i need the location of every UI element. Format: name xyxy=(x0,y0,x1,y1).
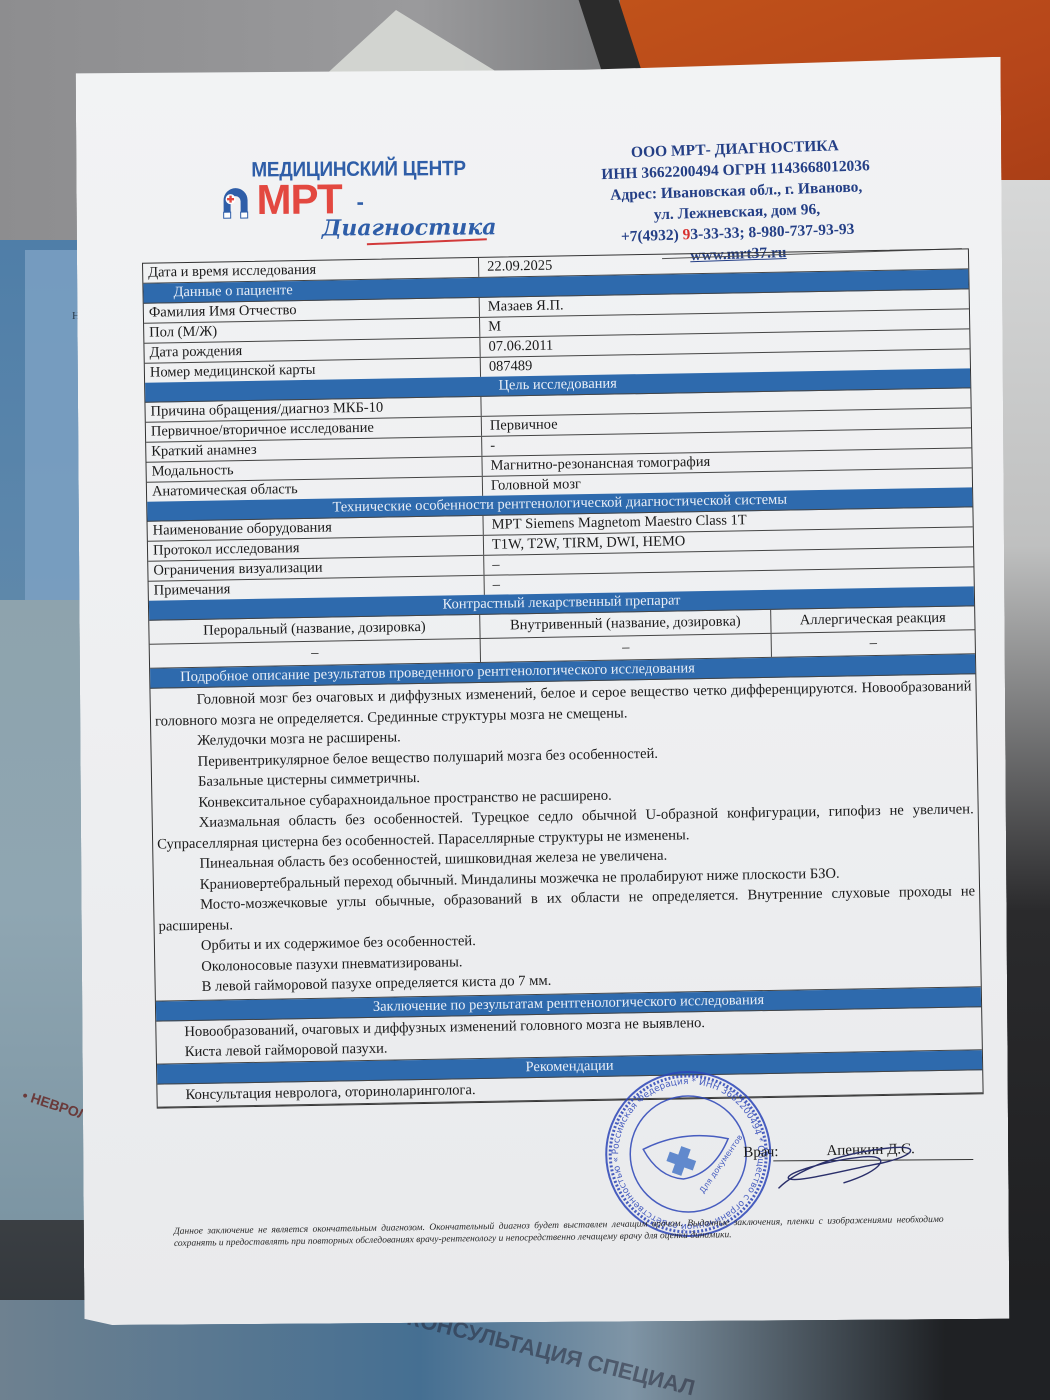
handwritten-signature xyxy=(773,1142,943,1193)
patient-rows: Фамилия Имя ОтчествоМазаев Я.П.Пол (М/Ж)… xyxy=(144,289,970,382)
report-table: Дата и время исследования 22.09.2025 Дан… xyxy=(142,248,984,1108)
contrast-value-allergy: – xyxy=(772,630,975,657)
contrast-header-allergy: Аллергическая реакция xyxy=(771,606,974,633)
phone-prefix: +7(4932) xyxy=(621,226,683,245)
phone-rest: 3-33-33; 8-980-737-93-93 xyxy=(690,221,854,243)
purpose-rows: Причина обращения/диагноз МКБ-10Первично… xyxy=(145,388,972,501)
magnet-cross-icon xyxy=(220,186,250,220)
medical-cross-icon xyxy=(663,1143,699,1179)
logo-script: Диагностика xyxy=(322,214,497,241)
logo-dash: - xyxy=(356,189,364,215)
description-body: Головной мозг без очаговых и диффузных и… xyxy=(150,674,980,1001)
technical-rows: Наименование оборудованияМРТ Siemens Mag… xyxy=(148,507,974,600)
mri-report-paper: МЕДИЦИНСКИЙ ЦЕНТР МРТ - Диагностика ООО … xyxy=(76,57,1010,1325)
disclaimer-note: Данное заключение не является окончатель… xyxy=(174,1214,944,1250)
clinic-logo: МЕДИЦИНСКИЙ ЦЕНТР МРТ - Диагностика xyxy=(216,158,497,250)
